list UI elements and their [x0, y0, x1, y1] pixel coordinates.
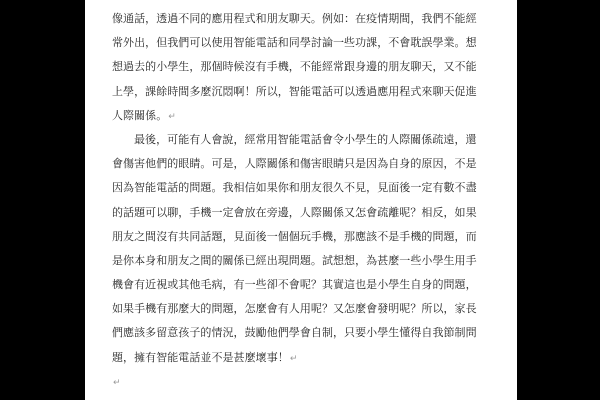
document-line-text: 像通話，透過不同的應用程式和朋友聊天。例如：在疫情期間，我們不能經 — [112, 13, 477, 25]
document-line-text: 會傷害他們的眼睛。可是，人際關係和傷害眼睛只是因為自身的原因，不是 — [112, 158, 477, 170]
document-line-text: 想過去的小學生，那個時候沒有手機，不能經常跟身邊的朋友聊天，又不能 — [112, 61, 477, 73]
document-line: 想過去的小學生，那個時候沒有手機，不能經常跟身邊的朋友聊天，又不能 — [112, 55, 517, 79]
document-line: 的話題可以聊，手機一定會放在旁邊，人際關係又怎會疏離呢？相反，如果 — [112, 201, 517, 225]
document-line-text: 上學，課餘時間多麼沉悶啊！所以，智能電話可以透過應用程式來聊天促進 — [112, 86, 477, 98]
document-line: 朋友之間沒有共同話題，見面後一個個玩手機，那應該不是手機的問題，而 — [112, 225, 517, 249]
document-line: 會傷害他們的眼睛。可是，人際關係和傷害眼睛只是因為自身的原因，不是 — [112, 152, 517, 176]
document-page[interactable]: 像通話，透過不同的應用程式和朋友聊天。例如：在疫情期間，我們不能經常外出，但我們… — [85, 0, 517, 400]
document-line-text: 人際關係。 — [112, 110, 167, 122]
document-line: 機會有近視或其他毛病，有一些卻不會呢？其實這也是小學生自身的問題， — [112, 273, 517, 297]
document-line-text: 最後，可能有人會說，經常用智能電話會令小學生的人際關係疏遠，還 — [134, 134, 477, 146]
document-line-text: 常外出，但我們可以使用智能電話和同學討論一些功課，不會耽誤學業。想 — [112, 37, 477, 49]
paragraph-mark-icon: ↵ — [290, 354, 298, 364]
document-line: 們應該多留意孩子的情況，鼓勵他們學會自制，只要小學生懂得自我節制問 — [112, 321, 517, 345]
document-line: 像通話，透過不同的應用程式和朋友聊天。例如：在疫情期間，我們不能經 — [112, 7, 517, 31]
paragraph-mark-icon: ↵ — [113, 378, 121, 388]
document-line: 常外出，但我們可以使用智能電話和同學討論一些功課，不會耽誤學業。想 — [112, 31, 517, 55]
screen: 像通話，透過不同的應用程式和朋友聊天。例如：在疫情期間，我們不能經常外出，但我們… — [0, 0, 600, 400]
document-line-text: 的話題可以聊，手機一定會放在旁邊，人際關係又怎會疏離呢？相反，如果 — [112, 207, 477, 219]
document-line: ↵ — [112, 370, 517, 394]
document-line-text: 如果手機有那麼大的問題，怎麼會有人用呢？又怎麼會發明呢？所以，家長 — [112, 303, 477, 315]
document-line: 如果手機有那麼大的問題，怎麼會有人用呢？又怎麼會發明呢？所以，家長 — [112, 297, 517, 321]
document-line: 因為智能電話的問題。我相信如果你和朋友很久不見，見面後一定有數不盡 — [112, 176, 517, 200]
document-line-text: 因為智能電話的問題。我相信如果你和朋友很久不見，見面後一定有數不盡 — [112, 182, 477, 194]
document-line-text: 題，擁有智能電話並不是甚麼壞事！ — [112, 352, 289, 364]
document-line-text: 是你本身和朋友之間的關係已經出現問題。試想想，為甚麼一些小學生用手 — [112, 255, 477, 267]
document-line-text: 機會有近視或其他毛病，有一些卻不會呢？其實這也是小學生自身的問題， — [112, 279, 477, 291]
document-line-text: 朋友之間沒有共同話題，見面後一個個玩手機，那應該不是手機的問題，而 — [112, 231, 477, 243]
document-line: 題，擁有智能電話並不是甚麼壞事！↵ — [112, 346, 517, 370]
document-line: 上學，課餘時間多麼沉悶啊！所以，智能電話可以透過應用程式來聊天促進 — [112, 80, 517, 104]
document-line: 人際關係。↵ — [112, 104, 517, 128]
document-line: 是你本身和朋友之間的關係已經出現問題。試想想，為甚麼一些小學生用手 — [112, 249, 517, 273]
letterbox-right — [517, 0, 600, 400]
paragraph-mark-icon: ↵ — [168, 112, 176, 122]
document-text: 像通話，透過不同的應用程式和朋友聊天。例如：在疫情期間，我們不能經常外出，但我們… — [85, 0, 517, 394]
letterbox-left — [0, 0, 85, 400]
document-line-text: 們應該多留意孩子的情況，鼓勵他們學會自制，只要小學生懂得自我節制問 — [112, 327, 477, 339]
document-line: 最後，可能有人會說，經常用智能電話會令小學生的人際關係疏遠，還 — [112, 128, 517, 152]
